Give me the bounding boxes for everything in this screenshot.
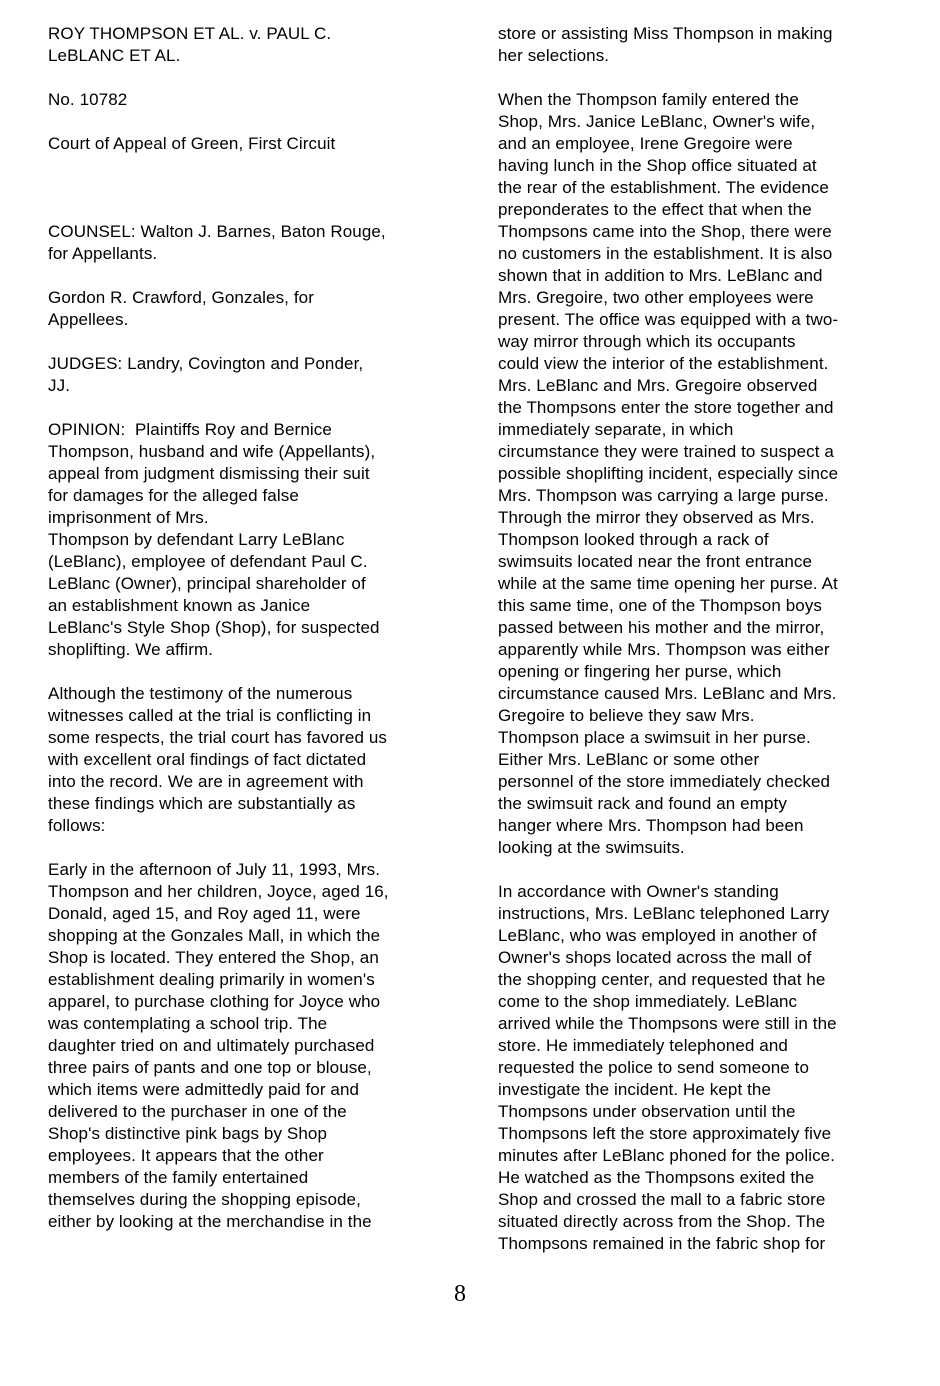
findings-paragraph: Although the testimony of the numerous w… bbox=[48, 683, 480, 837]
judges-line: JUDGES: Landry, Covington and Ponder, JJ… bbox=[48, 353, 480, 397]
court-name: Court of Appeal of Green, First Circuit bbox=[48, 133, 480, 155]
right-column: store or assisting Miss Thompson in maki… bbox=[498, 23, 938, 1255]
left-column: ROY THOMPSON ET AL. v. PAUL C. LeBLANC E… bbox=[48, 23, 480, 1233]
docket-number: No. 10782 bbox=[48, 89, 480, 111]
facts-paragraph-1: Early in the afternoon of July 11, 1993,… bbox=[48, 859, 480, 1233]
facts-paragraph-2: When the Thompson family entered the Sho… bbox=[498, 89, 938, 859]
document-page: ROY THOMPSON ET AL. v. PAUL C. LeBLANC E… bbox=[0, 0, 940, 1386]
page-number: 8 bbox=[48, 1280, 872, 1308]
case-title: ROY THOMPSON ET AL. v. PAUL C. LeBLANC E… bbox=[48, 23, 480, 67]
opinion-paragraph: OPINION: Plaintiffs Roy and Bernice Thom… bbox=[48, 419, 480, 661]
counsel-appellees: Gordon R. Crawford, Gonzales, for Appell… bbox=[48, 287, 480, 331]
counsel-appellants: COUNSEL: Walton J. Barnes, Baton Rouge, … bbox=[48, 221, 480, 265]
facts-paragraph-1-continued: store or assisting Miss Thompson in maki… bbox=[498, 23, 938, 67]
facts-paragraph-3: In accordance with Owner's standing inst… bbox=[498, 881, 938, 1255]
